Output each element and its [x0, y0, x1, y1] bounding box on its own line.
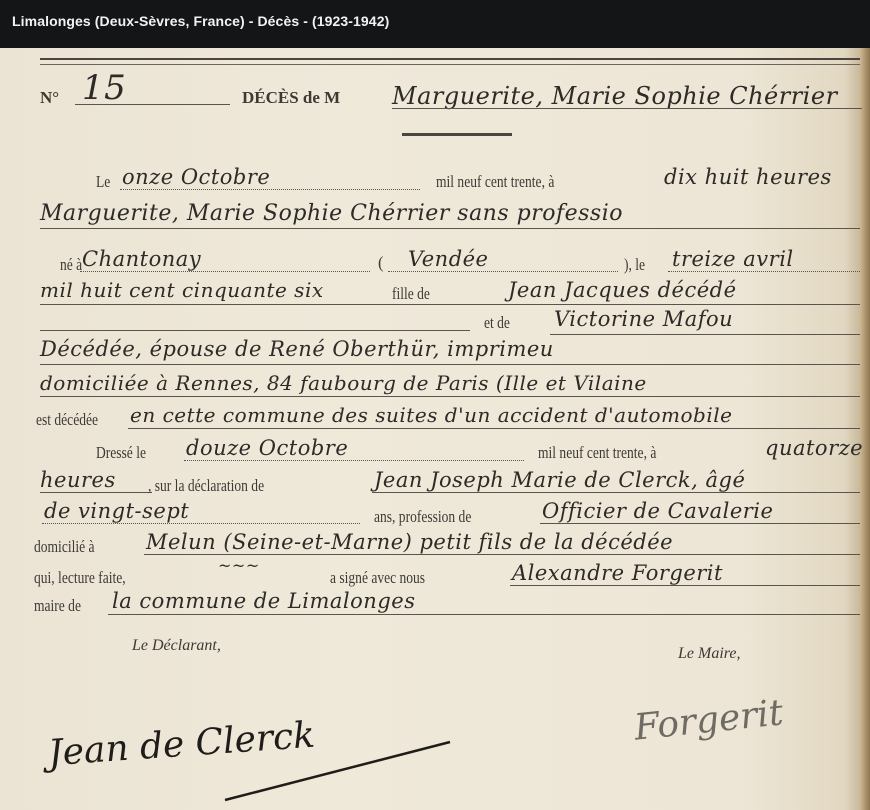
rule — [40, 304, 860, 305]
declarant-label: Le Déclarant, — [132, 637, 221, 655]
cause-of-death: en cette commune des suites d'un acciden… — [130, 403, 732, 427]
document-title: Limalonges (Deux-Sèvres, France) - Décès… — [12, 13, 389, 29]
residence: domiciliée à Rennes, 84 faubourg de Pari… — [40, 371, 647, 395]
death-date: onze Octobre — [122, 165, 270, 189]
declarant-age: de vingt-sept — [44, 499, 189, 523]
printed-text: fille de — [392, 284, 430, 304]
rule — [75, 104, 230, 105]
tilde-mark: ~~~ — [218, 556, 260, 575]
rule — [388, 271, 618, 272]
rule — [40, 396, 860, 397]
record-hour-cont: heures — [40, 468, 116, 492]
printed-text: qui, lecture faite, — [34, 568, 126, 588]
rule — [42, 523, 360, 524]
rule — [372, 492, 860, 493]
printed-text: a signé avec nous — [330, 568, 425, 588]
deceased-name-occupation: Marguerite, Marie Sophie Chérrier sans p… — [40, 201, 623, 226]
rule — [540, 523, 860, 524]
record-hour: quatorze — [765, 436, 863, 460]
birth-date: treize avril — [672, 247, 794, 271]
printed-text: ( — [378, 253, 384, 273]
rule — [402, 133, 512, 136]
rule — [40, 492, 152, 493]
rule — [128, 428, 860, 429]
printed-text: domicilié à — [34, 537, 95, 557]
record-number: 15 — [82, 68, 126, 108]
birth-department: Vendée — [408, 247, 489, 271]
signature-flourish — [215, 738, 455, 808]
printed-text: mil neuf cent trente, à — [436, 172, 554, 192]
printed-text: mil neuf cent trente, à — [538, 443, 656, 463]
record-number-label: N° — [40, 88, 59, 108]
birthplace: Chantonay — [82, 247, 201, 271]
printed-text: Dressé le — [96, 443, 146, 463]
archive-document-image[interactable]: N° 15 DÉCÈS de M Marguerite, Marie Sophi… — [0, 48, 870, 810]
commune-name: la commune de Limalonges — [112, 589, 415, 613]
printed-text: maire de — [34, 596, 81, 616]
declarant-profession: Officier de Cavalerie — [542, 499, 773, 523]
mayor-label: Le Maire, — [678, 645, 741, 663]
printed-text: et de — [484, 313, 510, 333]
rule — [668, 271, 860, 272]
rule — [40, 364, 860, 365]
birth-year: mil huit cent cinquante six — [40, 278, 324, 302]
deceased-name-heading: Marguerite, Marie Sophie Chérrier — [392, 82, 838, 110]
printed-text: Le — [96, 172, 110, 192]
declarant-name-age: Jean Joseph Marie de Clerck, âgé — [374, 468, 745, 492]
rule — [80, 271, 370, 272]
father-name: Jean Jacques décédé — [508, 278, 737, 302]
rule — [184, 460, 524, 461]
rule — [510, 585, 860, 586]
printed-text: né à — [60, 255, 82, 275]
rule — [120, 189, 420, 190]
rule — [550, 334, 860, 335]
printed-text: , sur la déclaration de — [148, 476, 264, 496]
marital-status: Décédée, épouse de René Oberthür, imprim… — [40, 337, 554, 361]
header-rule — [40, 58, 860, 65]
record-date: douze Octobre — [186, 436, 348, 460]
book-spine-edge — [860, 48, 870, 810]
printed-text: ), le — [624, 255, 645, 275]
rule — [392, 108, 862, 109]
declarant-residence-relation: Melun (Seine-et-Marne) petit fils de la … — [146, 530, 673, 554]
rule — [40, 330, 470, 331]
printed-text: ans, profession de — [374, 507, 471, 527]
printed-text: est décédée — [36, 410, 98, 430]
mayor-signature: Forgerit — [632, 692, 785, 748]
rule — [144, 554, 860, 555]
death-hour: dix huit heures — [664, 165, 832, 189]
mayor-name: Alexandre Forgerit — [512, 561, 723, 585]
rule — [108, 614, 860, 615]
rule — [40, 228, 860, 229]
record-heading: DÉCÈS de M — [242, 88, 340, 108]
mother-name: Victorine Mafou — [554, 307, 733, 331]
viewer-title-bar: Limalonges (Deux-Sèvres, France) - Décès… — [0, 0, 870, 48]
